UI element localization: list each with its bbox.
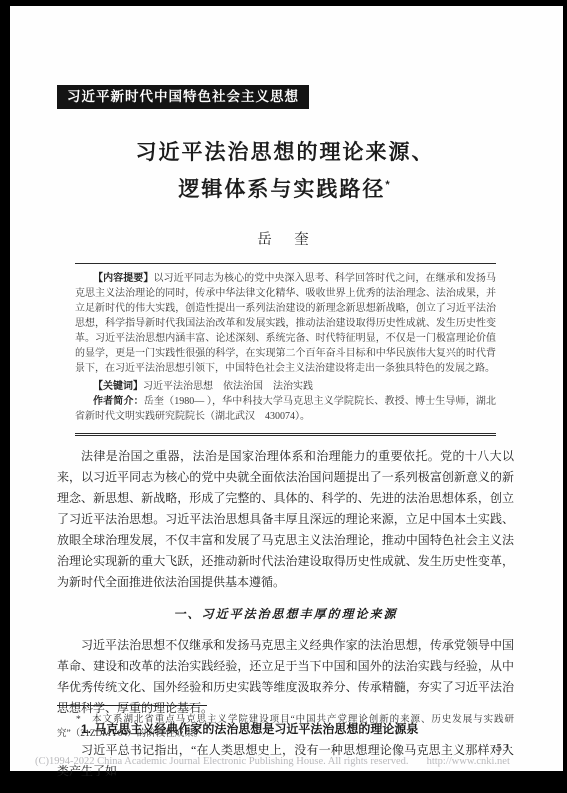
scanned-journal-page: 习近平新时代中国特色社会主义思想 习近平法治思想的理论来源、 逻辑体系与实践路径…: [0, 0, 567, 793]
abstract-paragraph: 【内容提要】以习近平同志为核心的党中央深入思考、科学回答时代之问，在继承和发扬马…: [75, 271, 496, 376]
abstract-text: 以习近平同志为核心的党中央深入思考、科学回答时代之问，在继承和发扬马克思主义法治…: [75, 273, 496, 374]
footnote-line: * 本文系湖北省重点马克思主义学院建设项目“中国共产党理论创新的来源、历史发展与…: [57, 713, 514, 741]
footnote-divider: [57, 705, 207, 706]
author-bio-line: 作者简介：岳奎（1980— ），华中科技大学马克思主义学院院长、教授、博士生导师…: [75, 394, 496, 424]
paper-page: 习近平新时代中国特色社会主义思想 习近平法治思想的理论来源、 逻辑体系与实践路径…: [10, 6, 563, 771]
article-title: 习近平法治思想的理论来源、 逻辑体系与实践路径*: [57, 137, 513, 206]
page-number: ·53·: [57, 742, 514, 754]
abstract-label: 【内容提要】: [93, 273, 153, 284]
article-title-line1: 习近平法治思想的理论来源、: [136, 141, 435, 164]
article-title-line2: 逻辑体系与实践路径: [178, 178, 385, 201]
site-url: http://www.cnki.net: [427, 756, 510, 767]
section-heading-1: 一、习近平法治思想丰厚的理论来源: [57, 604, 514, 625]
copyright-footer: (C)1994-2022 China Academic Journal Elec…: [35, 756, 555, 767]
author-name: 岳 奎: [57, 228, 513, 249]
keywords-line: 【关键词】习近平法治思想 依法治国 法治实践: [75, 379, 496, 394]
keywords-label: 【关键词】: [93, 381, 143, 392]
abstract-box: 【内容提要】以习近平同志为核心的党中央深入思考、科学回答时代之问，在继承和发扬马…: [75, 263, 496, 436]
keywords-text: 习近平法治思想 依法治国 法治实践: [143, 381, 313, 392]
title-footnote-mark: *: [385, 179, 391, 191]
footnote-block: * 本文系湖北省重点马克思主义学院建设项目“中国共产党理论创新的来源、历史发展与…: [57, 705, 514, 741]
body-paragraph-1: 法律是治国之重器，法治是国家治理体系和治理能力的重要依托。党的十八大以来，以习近…: [57, 446, 514, 593]
footnote-marker: *: [76, 715, 81, 725]
edition-badge: 习近平新时代中国特色社会主义思想: [57, 85, 309, 109]
copyright-text: (C)1994-2022 China Academic Journal Elec…: [35, 756, 409, 767]
author-bio-label: 作者简介：: [93, 396, 144, 407]
footnote-text: 本文系湖北省重点马克思主义学院建设项目“中国共产党理论创新的来源、历史发展与实践…: [57, 715, 514, 739]
